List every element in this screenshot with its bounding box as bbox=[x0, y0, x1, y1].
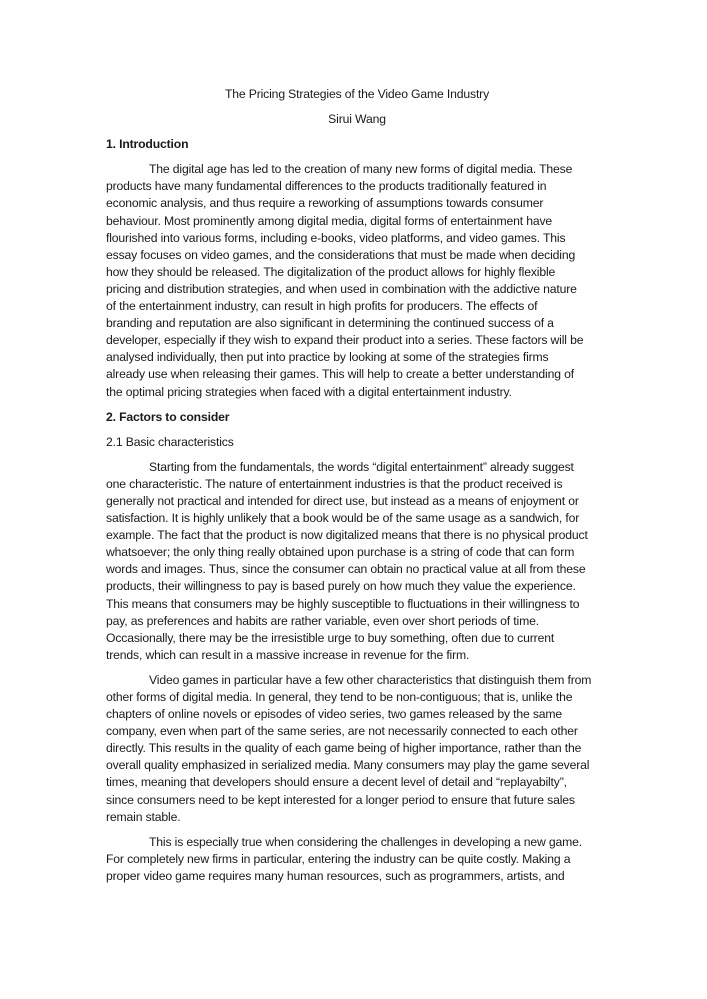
text-line: trends, which can result in a massive in… bbox=[106, 647, 608, 664]
text-line: whatsoever; the only thing really obtain… bbox=[106, 544, 608, 561]
text-line: behaviour. Most prominently among digita… bbox=[106, 213, 608, 230]
text-line: remain stable. bbox=[106, 809, 608, 826]
text-line: For completely new firms in particular, … bbox=[106, 851, 608, 868]
text-line: satisfaction. It is highly unlikely that… bbox=[106, 510, 608, 527]
paragraph-basic-characteristics-1: Starting from the fundamentals, the word… bbox=[106, 459, 608, 664]
text-line: branding and reputation are also signifi… bbox=[106, 315, 608, 332]
paragraph-basic-characteristics-3: This is especially true when considering… bbox=[106, 834, 608, 885]
text-line: products, their willingness to pay is ba… bbox=[106, 578, 608, 595]
text-line: pay, as preferences and habits are rathe… bbox=[106, 613, 608, 630]
text-line: other forms of digital media. In general… bbox=[106, 689, 608, 706]
text-line: one characteristic. The nature of entert… bbox=[106, 476, 608, 493]
document-page: The Pricing Strategies of the Video Game… bbox=[106, 86, 608, 893]
text-line: Video games in particular have a few oth… bbox=[106, 672, 608, 689]
text-line: how they should be released. The digital… bbox=[106, 264, 608, 281]
text-line: chapters of online novels or episodes of… bbox=[106, 706, 608, 723]
text-line: pricing and distribution strategies, and… bbox=[106, 281, 608, 298]
text-line: example. The fact that the product is no… bbox=[106, 527, 608, 544]
text-line: words and images. Thus, since the consum… bbox=[106, 561, 608, 578]
text-line: This is especially true when considering… bbox=[106, 834, 608, 851]
text-line: flourished into various forms, including… bbox=[106, 230, 608, 247]
text-line: company, even when part of the same seri… bbox=[106, 723, 608, 740]
text-line: directly. This results in the quality of… bbox=[106, 740, 608, 757]
section-heading-factors: 2. Factors to consider bbox=[106, 409, 608, 426]
text-line: Starting from the fundamentals, the word… bbox=[106, 459, 608, 476]
text-line: economic analysis, and thus require a re… bbox=[106, 195, 608, 212]
text-line: The digital age has led to the creation … bbox=[106, 161, 608, 178]
text-line: generally not practical and intended for… bbox=[106, 493, 608, 510]
text-line: developer, especially if they wish to ex… bbox=[106, 332, 608, 349]
text-line: since consumers need to be kept interest… bbox=[106, 792, 608, 809]
document-title: The Pricing Strategies of the Video Game… bbox=[106, 86, 608, 103]
text-line: This means that consumers may be highly … bbox=[106, 596, 608, 613]
text-line: products have many fundamental differenc… bbox=[106, 178, 608, 195]
document-author: Sirui Wang bbox=[106, 111, 608, 128]
text-line: essay focuses on video games, and the co… bbox=[106, 247, 608, 264]
text-line: of the entertainment industry, can resul… bbox=[106, 298, 608, 315]
text-line: overall quality emphasized in serialized… bbox=[106, 757, 608, 774]
text-line: times, meaning that developers should en… bbox=[106, 774, 608, 791]
paragraph-basic-characteristics-2: Video games in particular have a few oth… bbox=[106, 672, 608, 826]
text-line: Occasionally, there may be the irresisti… bbox=[106, 630, 608, 647]
text-line: already use when releasing their games. … bbox=[106, 366, 608, 383]
paragraph-introduction: The digital age has led to the creation … bbox=[106, 161, 608, 400]
text-line: proper video game requires many human re… bbox=[106, 868, 608, 885]
text-line: analysed individually, then put into pra… bbox=[106, 349, 608, 366]
text-line: the optimal pricing strategies when face… bbox=[106, 384, 608, 401]
section-heading-introduction: 1. Introduction bbox=[106, 136, 608, 153]
subsection-heading-basic-characteristics: 2.1 Basic characteristics bbox=[106, 434, 608, 451]
